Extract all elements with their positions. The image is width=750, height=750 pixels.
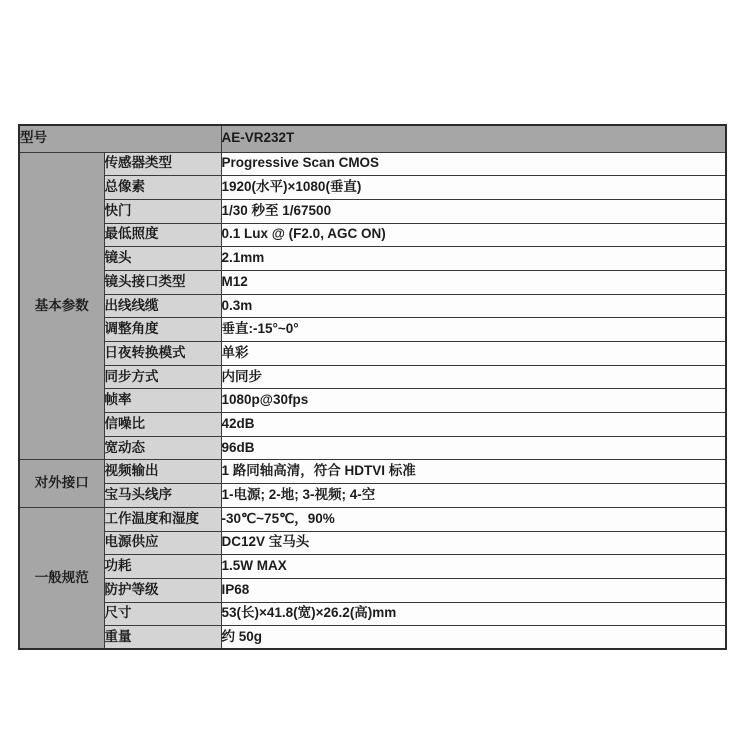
attribute-label-cell: 出线线缆 (104, 294, 221, 318)
category-cell-1: 对外接口 (19, 460, 104, 507)
table-row: 尺寸53(长)×41.8(宽)×26.2(高)mm (19, 602, 726, 626)
attribute-value-cell: 内同步 (221, 365, 726, 389)
attribute-label-cell: 镜头接口类型 (104, 270, 221, 294)
attribute-value-cell: 垂直:-15°~0° (221, 318, 726, 342)
category-cell-0: 基本参数 (19, 152, 104, 460)
table-row: 宽动态96dB (19, 436, 726, 460)
attribute-label-cell: 防护等级 (104, 578, 221, 602)
table-row: 调整角度垂直:-15°~0° (19, 318, 726, 342)
spec-sheet-page: 型号 AE-VR232T 基本参数传感器类型Progressive Scan C… (0, 0, 750, 750)
attribute-value-cell: 0.1 Lux @ (F2.0, AGC ON) (221, 223, 726, 247)
attribute-label-cell: 调整角度 (104, 318, 221, 342)
attribute-value-cell: 1080p@30fps (221, 389, 726, 413)
table-row: 镜头接口类型M12 (19, 270, 726, 294)
table-row: 宝马头线序1-电源; 2-地; 3-视频; 4-空 (19, 484, 726, 508)
attribute-label-cell: 同步方式 (104, 365, 221, 389)
attribute-value-cell: 96dB (221, 436, 726, 460)
attribute-label-cell: 宝马头线序 (104, 484, 221, 508)
attribute-label-cell: 镜头 (104, 247, 221, 271)
attribute-value-cell: IP68 (221, 578, 726, 602)
attribute-label-cell: 信噪比 (104, 413, 221, 437)
attribute-value-cell: 0.3m (221, 294, 726, 318)
table-row: 功耗1.5W MAX (19, 555, 726, 579)
attribute-label-cell: 工作温度和湿度 (104, 507, 221, 531)
table-row: 对外接口视频输出1 路同轴高清，符合 HDTVI 标准 (19, 460, 726, 484)
attribute-value-cell: DC12V 宝马头 (221, 531, 726, 555)
table-row: 帧率1080p@30fps (19, 389, 726, 413)
category-cell-2: 一般规范 (19, 507, 104, 649)
attribute-label-cell: 快门 (104, 199, 221, 223)
table-row: 重量约 50g (19, 626, 726, 650)
model-header-value: AE-VR232T (221, 125, 726, 152)
attribute-value-cell: Progressive Scan CMOS (221, 152, 726, 176)
attribute-value-cell: M12 (221, 270, 726, 294)
table-row: 一般规范工作温度和湿度-30℃~75℃，90% (19, 507, 726, 531)
table-row: 出线线缆0.3m (19, 294, 726, 318)
table-row: 快门1/30 秒至 1/67500 (19, 199, 726, 223)
table-row: 同步方式内同步 (19, 365, 726, 389)
table-row: 基本参数传感器类型Progressive Scan CMOS (19, 152, 726, 176)
attribute-value-cell: 1920(水平)×1080(垂直) (221, 176, 726, 200)
attribute-label-cell: 宽动态 (104, 436, 221, 460)
attribute-label-cell: 总像素 (104, 176, 221, 200)
attribute-label-cell: 最低照度 (104, 223, 221, 247)
attribute-label-cell: 视频输出 (104, 460, 221, 484)
attribute-label-cell: 帧率 (104, 389, 221, 413)
attribute-value-cell: 53(长)×41.8(宽)×26.2(高)mm (221, 602, 726, 626)
attribute-label-cell: 尺寸 (104, 602, 221, 626)
attribute-value-cell: 2.1mm (221, 247, 726, 271)
attribute-label-cell: 电源供应 (104, 531, 221, 555)
spec-table-body: 基本参数传感器类型Progressive Scan CMOS总像素1920(水平… (19, 152, 726, 649)
table-row: 最低照度0.1 Lux @ (F2.0, AGC ON) (19, 223, 726, 247)
table-row: 防护等级IP68 (19, 578, 726, 602)
attribute-value-cell: 1 路同轴高清，符合 HDTVI 标准 (221, 460, 726, 484)
table-row: 镜头2.1mm (19, 247, 726, 271)
attribute-value-cell: 1.5W MAX (221, 555, 726, 579)
attribute-label-cell: 功耗 (104, 555, 221, 579)
spec-table: 型号 AE-VR232T 基本参数传感器类型Progressive Scan C… (18, 124, 727, 650)
table-row: 电源供应DC12V 宝马头 (19, 531, 726, 555)
table-row: 日夜转换模式单彩 (19, 342, 726, 366)
attribute-value-cell: 1/30 秒至 1/67500 (221, 199, 726, 223)
attribute-value-cell: -30℃~75℃，90% (221, 507, 726, 531)
table-row: 信噪比42dB (19, 413, 726, 437)
attribute-label-cell: 传感器类型 (104, 152, 221, 176)
attribute-value-cell: 42dB (221, 413, 726, 437)
attribute-value-cell: 单彩 (221, 342, 726, 366)
attribute-label-cell: 重量 (104, 626, 221, 650)
table-row: 总像素1920(水平)×1080(垂直) (19, 176, 726, 200)
model-header-label: 型号 (19, 125, 221, 152)
attribute-label-cell: 日夜转换模式 (104, 342, 221, 366)
attribute-value-cell: 约 50g (221, 626, 726, 650)
table-header-row: 型号 AE-VR232T (19, 125, 726, 152)
attribute-value-cell: 1-电源; 2-地; 3-视频; 4-空 (221, 484, 726, 508)
